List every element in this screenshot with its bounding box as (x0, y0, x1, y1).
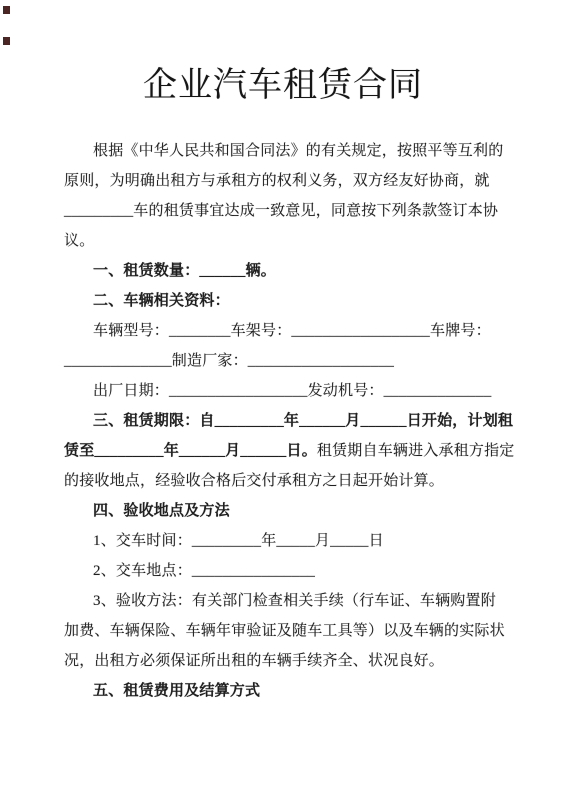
factory-date-line: 出厂日期：__________________发动机号：____________… (64, 376, 514, 406)
intro-line-2: 原则，为明确出租方与承租方的权利义务，双方经友好协商，就 (64, 166, 514, 196)
contract-page: 企业汽车租赁合同 根据《中华人民共和国合同法》的有关规定，按照平等互利的 原则，… (0, 0, 566, 800)
clause-3-line-3: 的接收地点，经验收合格后交付承租方之日起开始计算。 (64, 466, 514, 496)
vehicle-model-line: 车辆型号：________车架号：__________________车牌号： (64, 316, 514, 346)
clause-3-line-1: 三、租赁期限：自_________年______月______日开始，计划租 (64, 406, 514, 436)
intro-line-1: 根据《中华人民共和国合同法》的有关规定，按照平等互利的 (64, 136, 514, 166)
red-corner-mark-top (3, 6, 10, 14)
acceptance-method-line-3: 况，出租方必须保证所出租的车辆手续齐全、状况良好。 (64, 646, 514, 676)
red-corner-mark-bottom (3, 37, 10, 45)
clause-3-line-2-bold: 赁至_________年______月______日。 (64, 443, 317, 459)
manufacturer-line: ______________制造厂家：___________________ (64, 346, 514, 376)
clause-1-heading: 一、租赁数量：______辆。 (64, 256, 514, 286)
acceptance-method-line-1: 3、验收方法：有关部门检查相关手续（行车证、车辆购置附 (64, 586, 514, 616)
clause-5-heading: 五、租赁费用及结算方式 (64, 676, 514, 706)
acceptance-method-line-2: 加费、车辆保险、车辆年审验证及随车工具等）以及车辆的实际状 (64, 616, 514, 646)
contract-body: 根据《中华人民共和国合同法》的有关规定，按照平等互利的 原则，为明确出租方与承租… (64, 136, 514, 706)
clause-2-heading: 二、车辆相关资料： (64, 286, 514, 316)
delivery-time-line: 1、交车时间：_________年_____月_____日 (64, 526, 514, 556)
contract-title: 企业汽车租赁合同 (0, 63, 566, 109)
clause-3-line-2: 赁至_________年______月______日。租赁期自车辆进入承租方指定 (64, 436, 514, 466)
clause-4-heading: 四、验收地点及方法 (64, 496, 514, 526)
intro-line-3: _________车的租赁事宜达成一致意见，同意按下列条款签订本协 (64, 196, 514, 226)
delivery-place-line: 2、交车地点：________________ (64, 556, 514, 586)
intro-line-4: 议。 (64, 226, 514, 256)
clause-3-line-2-rest: 租赁期自车辆进入承租方指定 (317, 443, 515, 459)
